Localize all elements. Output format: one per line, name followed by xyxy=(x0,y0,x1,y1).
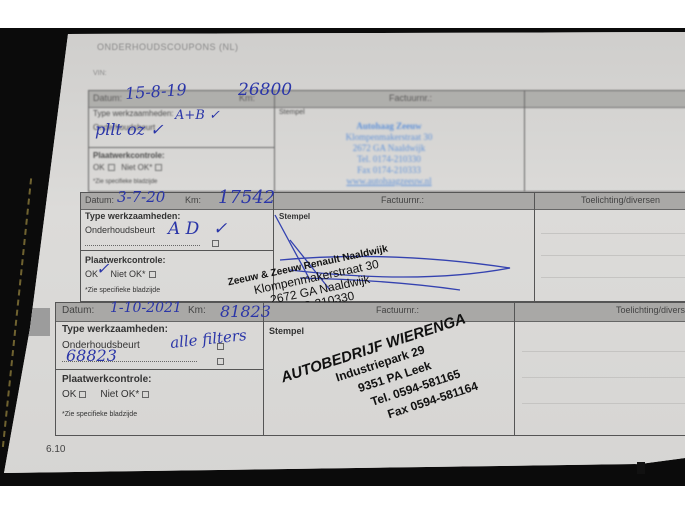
not-ok-checkbox xyxy=(149,271,156,278)
km-label: Km: xyxy=(188,305,206,316)
invoice-label: Factuurnr.: xyxy=(381,195,424,205)
work-type-label: Type werkzaamheden: xyxy=(93,109,174,118)
handwritten-check-2b: ✓ xyxy=(213,219,227,239)
handwritten-service-2: A D xyxy=(168,219,199,239)
extra-work-checkbox xyxy=(212,240,219,247)
stamp-label: Stempel xyxy=(269,326,304,336)
page-title: ONDERHOUDSCOUPONS (NL) xyxy=(97,42,239,52)
km-label: Km: xyxy=(185,195,201,205)
ok-checkbox xyxy=(108,164,115,171)
work-type-label: Type werkzaamheden: xyxy=(85,211,180,221)
handwritten-note-1a: A+B ✓ xyxy=(175,108,220,123)
not-ok-label: Niet OK* xyxy=(100,389,139,400)
vin-label: VIN: xyxy=(93,70,107,77)
ok-label: OK xyxy=(93,163,105,172)
not-ok-label: Niet OK* xyxy=(121,163,152,172)
handwritten-check-2: ✓ xyxy=(96,259,109,278)
not-ok-checkbox xyxy=(155,164,162,171)
dealer-stamp-1: Autohaag Zeeuw Klompenmakerstraat 30 267… xyxy=(329,121,449,187)
date-label: Datum: xyxy=(85,195,114,205)
bodywork-check-label: Plaatwerkcontrole: xyxy=(93,151,165,160)
handwritten-km-1: 26800 xyxy=(238,80,292,100)
date-label: Datum: xyxy=(93,93,122,103)
bodywork-check-label: Plaatwerkcontrole: xyxy=(62,374,151,385)
handwritten-km-3: 81823 xyxy=(220,302,271,321)
remarks-label: Toelichting/diversen xyxy=(581,195,660,205)
footnote: *Zie specifieke bladzijde xyxy=(62,411,137,418)
booklet-page: ONDERHOUDSCOUPONS (NL) VIN: Datum: Km: F… xyxy=(0,28,685,486)
handwritten-date-3: 1-10-2021 xyxy=(110,300,182,316)
page-number: 6.10 xyxy=(46,444,65,455)
handwritten-date-2: 3-7-20 xyxy=(117,188,165,206)
invoice-label: Factuurnr.: xyxy=(376,305,419,315)
extra-work-checkbox xyxy=(217,358,224,365)
coupon-header-bar: Datum: Km: Factuurnr.: Toelichting/diver… xyxy=(81,193,685,210)
service-coupon-1: Datum: Km: Factuurnr.: Type werkzaamhede… xyxy=(88,90,685,192)
ok-checkbox xyxy=(79,391,86,398)
footnote: *Zie specifieke bladzijde xyxy=(93,179,157,185)
date-label: Datum: xyxy=(62,305,94,316)
invoice-label: Factuurnr.: xyxy=(389,93,432,103)
handwritten-note-1b: pllt oz ✓ xyxy=(95,120,164,139)
photo-frame: ONDERHOUDSCOUPONS (NL) VIN: Datum: Km: F… xyxy=(0,28,685,486)
footnote: *Zie specifieke bladzijde xyxy=(85,287,160,294)
service-label: Onderhoudsbeurt xyxy=(85,225,155,235)
ok-label: OK xyxy=(62,389,76,400)
page-tab-marker xyxy=(28,308,50,336)
work-type-label: Type werkzaamheden: xyxy=(62,324,168,335)
handwritten-extra-3: 68823 xyxy=(66,346,117,365)
remarks-label: Toelichting/diversen xyxy=(616,305,685,315)
handwritten-km-2: 17542 xyxy=(218,187,275,208)
not-ok-checkbox xyxy=(142,391,149,398)
stamp-label: Stempel xyxy=(279,109,305,116)
not-ok-label: Niet OK* xyxy=(111,269,146,279)
bookmark-tab xyxy=(637,462,645,474)
